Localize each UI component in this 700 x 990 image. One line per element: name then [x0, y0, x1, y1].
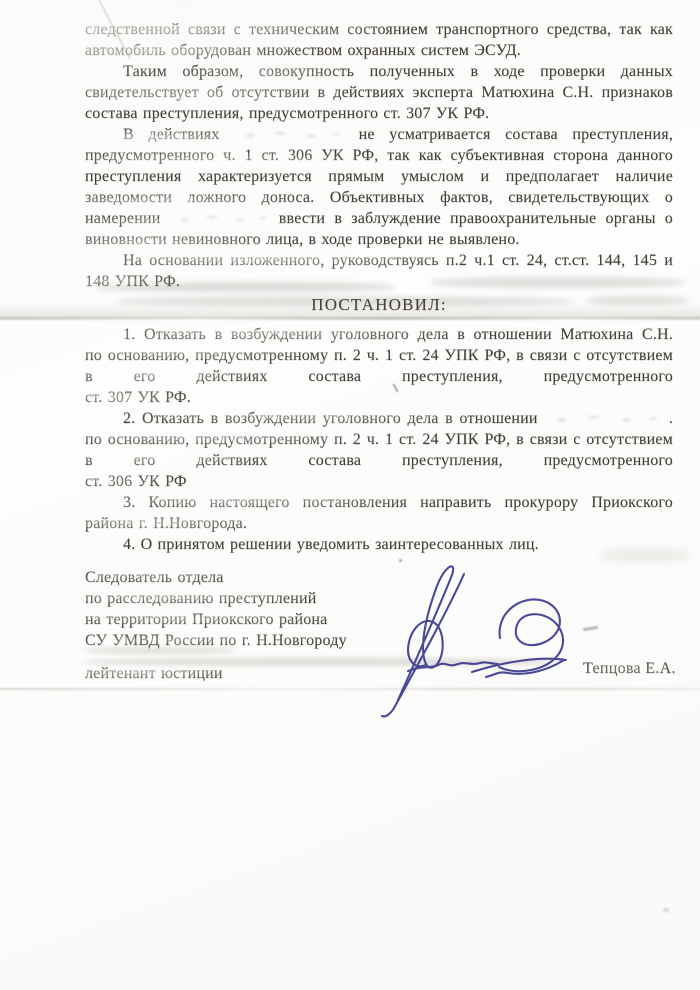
redacted-name [544, 412, 662, 425]
signature-ink [368, 548, 593, 723]
text-line: ст. 307 УК РФ. [85, 387, 673, 408]
text-line: по основанию, предусмотренному п. 2 ч. 1… [85, 429, 673, 450]
resolution-heading: ПОСТАНОВИЛ: [85, 294, 673, 316]
text-line: ст. 306 УК РФ [85, 471, 673, 492]
text-line: заведомости ложного доноса. Объективных … [85, 187, 673, 208]
text-line: в его действиях состава преступления, пр… [85, 366, 673, 387]
text-line: 1. Отказать в возбуждении уголовного дел… [85, 324, 673, 345]
scanned-document-page: следственной связи с техническим состоян… [0, 0, 700, 990]
fold-crease-bottom [0, 688, 700, 690]
text-line: по основанию, предусмотренному п. 2 ч. 1… [85, 345, 673, 366]
text-line: 3. Копию настоящего постановления направ… [85, 492, 673, 513]
text-line: свидетельствует об отсутствии в действия… [85, 82, 673, 103]
text-line: состава преступления, предусмотренного с… [85, 103, 673, 124]
text-line: Таким образом, совокупность полученных в… [85, 61, 673, 82]
text-line: На основании изложенного, руководствуясь… [85, 250, 673, 271]
scan-speck [663, 908, 669, 912]
text-line: предусмотренного ч. 1 ст. 306 УК РФ, так… [85, 145, 673, 166]
text-segment: не усматривается состава преступления, [359, 126, 673, 143]
ink-dot [399, 559, 402, 562]
redacted-name [170, 212, 270, 225]
text-line: 2. Отказать в возбуждении уголовного дел… [85, 408, 673, 429]
text-line: В действиях не усматривается состава пре… [85, 124, 673, 145]
text-segment: . [669, 410, 673, 427]
text-line: намерении ввести в заблуждение правоохра… [85, 208, 673, 229]
text-line: следственной связи с техническим состоян… [85, 19, 673, 40]
text-segment: В действиях [123, 126, 220, 143]
text-segment: ввести в заблуждение правоохранительные … [279, 210, 673, 227]
text-line: виновности невиновного лица, в ходе пров… [85, 229, 673, 250]
text-segment: 2. Отказать в возбуждении уголовного дел… [123, 410, 538, 427]
redacted-name [234, 128, 344, 141]
text-line: преступления характеризуется прямым умыс… [85, 166, 673, 187]
signer-name: Тепцова Е.А. [583, 660, 676, 678]
text-line: в его действиях состава преступления, пр… [85, 450, 673, 471]
text-line: автомобиль оборудован множеством охранны… [85, 40, 673, 61]
text-segment: намерении [85, 210, 160, 227]
text-line: района г. Н.Новгорода. [85, 513, 673, 534]
text-line: 148 УПК РФ. [85, 271, 673, 292]
